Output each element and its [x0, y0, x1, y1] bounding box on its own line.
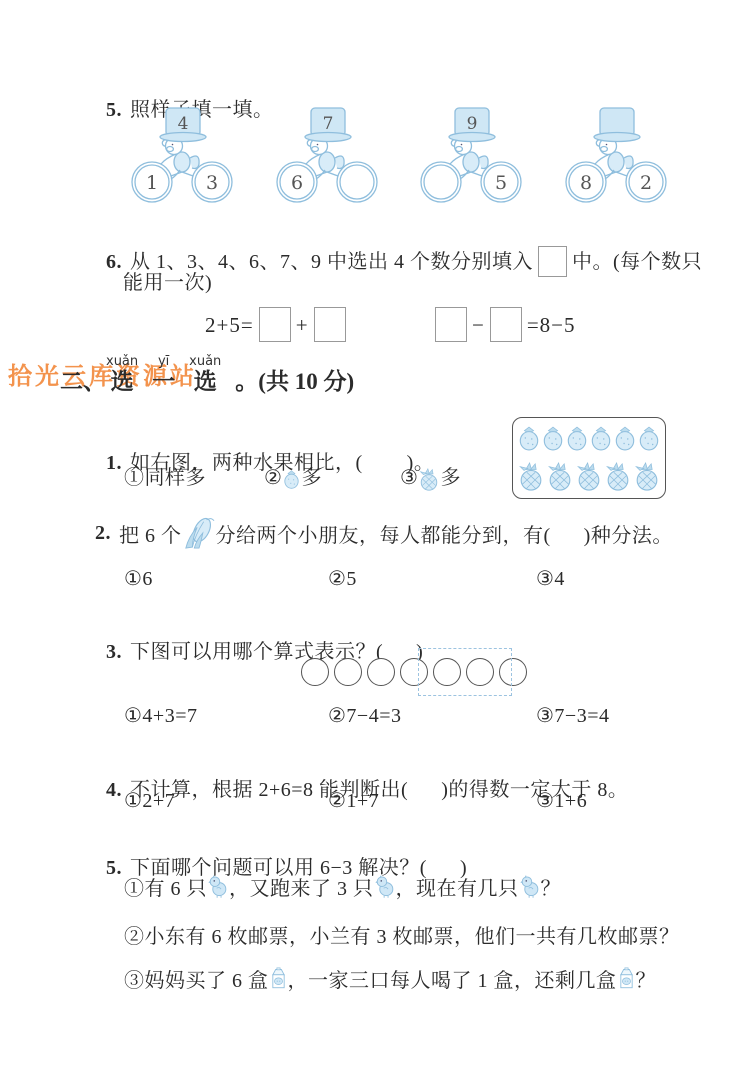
section-ruby-char: xuǎn 选 [106, 355, 138, 395]
equation-right: −=8−5 [435, 307, 576, 342]
equation-right-suffix: =8−5 [527, 313, 576, 337]
answer-box [259, 307, 291, 342]
pineapple-icon [518, 462, 544, 491]
pineapple-icon [576, 462, 602, 491]
pinyin-label: yī [158, 355, 169, 369]
question-5-number: 5. [106, 99, 122, 121]
left-wheel-number: 1 [146, 172, 158, 194]
choice-3-option-1: ①4+3=7 [124, 703, 328, 728]
strawberry-row [517, 426, 661, 451]
pinyin-label: xuǎn [106, 355, 138, 369]
corn-icon [183, 516, 215, 550]
strawberry-icon [590, 426, 612, 451]
monkey-bicycle-figure: 9 5 [419, 106, 523, 206]
choice-1-number: 1. [106, 452, 122, 474]
choice-2-text-before-icon: 把 6 个 [119, 519, 182, 548]
section-prefix: 二、 [60, 369, 106, 395]
choice-4-option-1: ①2+7 [124, 788, 328, 813]
right-wheel-number: 3 [206, 172, 218, 194]
section-ruby-char: xuǎn 选 [189, 355, 221, 395]
fruit-comparison-panel [512, 417, 666, 499]
question-6-equations: 2+5=+ −=8−5 [0, 303, 748, 345]
choice-2-option-2: ②5 [328, 566, 536, 591]
choice-2-text-after-icon: 分给两个小朋友，每人都能分到，有( )种分法。 [216, 519, 673, 548]
choice-question-2: 2.把 6 个分给两个小朋友，每人都能分到，有( )种分法。 [95, 513, 673, 553]
counter-circle [301, 658, 329, 686]
chick-icon [375, 875, 395, 898]
right-wheel-number: 5 [495, 172, 507, 194]
section-heading: 二、 xuǎn 选 yī 一 xuǎn 选 。(共 10 分) [60, 355, 354, 395]
chick-icon [520, 875, 540, 898]
monkey-bicycle-figure: 4 1 3 [130, 106, 234, 206]
right-wheel-number: 2 [640, 172, 652, 194]
milk-carton-icon [618, 967, 635, 989]
question-6-text-after-box: 中。(每个数只 [572, 251, 702, 273]
equation-left-prefix: 2+5= [205, 313, 254, 337]
hat-number: 7 [322, 114, 333, 134]
pinyin-label: xuǎn [189, 355, 221, 369]
question-6-line2: 能用一次) [123, 266, 212, 295]
question-6-number: 6. [106, 251, 122, 273]
monkey-bicycle-figure: 7 6 [275, 106, 379, 206]
choice-1-option-3: ③多 [400, 461, 461, 491]
equation-left-operator: + [296, 313, 309, 337]
choice-4-number: 4. [106, 779, 122, 801]
choice-1-option-2: ②多 [264, 461, 400, 491]
strawberry-icon [566, 426, 588, 451]
choice-5-suboption-3: ③妈妈买了 6 盒，一家三口每人喝了 1 盒，还剩几盒？ [124, 954, 656, 1002]
hat-number: 4 [178, 114, 189, 134]
choice-2-options: ①6 ②5 ③4 [124, 566, 565, 591]
pineapple-icon [419, 468, 439, 491]
choice-3-option-3: ③7−3=4 [536, 703, 610, 728]
answer-box [314, 307, 346, 342]
section-suffix: 。(共 10 分) [235, 369, 354, 395]
counter-circle [334, 658, 362, 686]
equation-right-operator: − [472, 313, 485, 337]
choice-4-options: ①2+7 ②1+7 ③1+6 [124, 788, 587, 813]
hat-number: 9 [467, 114, 478, 134]
strawberry-icon [283, 470, 300, 489]
pineapple-icon [547, 462, 573, 491]
choice-2-option-3: ③4 [536, 566, 565, 591]
choice-question-3: 3.下图可以用哪个算式表示？( ) [95, 612, 423, 664]
choice-2-number: 2. [95, 522, 111, 545]
pineapple-row [517, 462, 661, 491]
choice-1-options: ①同样多 ②多 ③多 [124, 461, 461, 491]
strawberry-icon [542, 426, 564, 451]
choice-5-suboption-2: ②小东有 6 枚邮票，小兰有 3 枚邮票，他们一共有几枚邮票？ [124, 920, 680, 949]
section-ruby-char: yī 一 [152, 355, 175, 395]
choice-3-option-2: ②7−4=3 [328, 703, 536, 728]
strawberry-icon [518, 426, 540, 451]
chick-icon [208, 875, 228, 898]
dashed-group-box [418, 648, 512, 696]
strawberry-icon [638, 426, 660, 451]
strawberry-icon [614, 426, 636, 451]
pineapple-icon [634, 462, 660, 491]
counter-circle [367, 658, 395, 686]
inline-answer-box [538, 246, 567, 277]
milk-carton-icon [270, 967, 287, 989]
choice-5-number: 5. [106, 857, 122, 879]
choice-4-option-3: ③1+6 [536, 788, 587, 813]
left-wheel-number: 6 [291, 172, 303, 194]
choice-1-option-1: ①同样多 [124, 461, 264, 491]
choice-4-option-2: ②1+7 [328, 788, 536, 813]
choice-2-option-1: ①6 [124, 566, 328, 591]
choice-3-options: ①4+3=7 ②7−4=3 ③7−3=4 [124, 703, 610, 728]
answer-box [435, 307, 467, 342]
equation-left: 2+5=+ [205, 307, 351, 342]
answer-box [490, 307, 522, 342]
pineapple-icon [605, 462, 631, 491]
monkey-bicycle-figure: 8 2 [564, 106, 668, 206]
left-wheel-number: 8 [580, 172, 592, 194]
monkey-bicycle-row: 4 1 3 7 6 9 5 8 2 [130, 106, 668, 206]
choice-3-number: 3. [106, 641, 122, 663]
choice-5-suboption-1: ①有 6 只，又跑来了 3 只，现在有几只？ [124, 862, 561, 910]
